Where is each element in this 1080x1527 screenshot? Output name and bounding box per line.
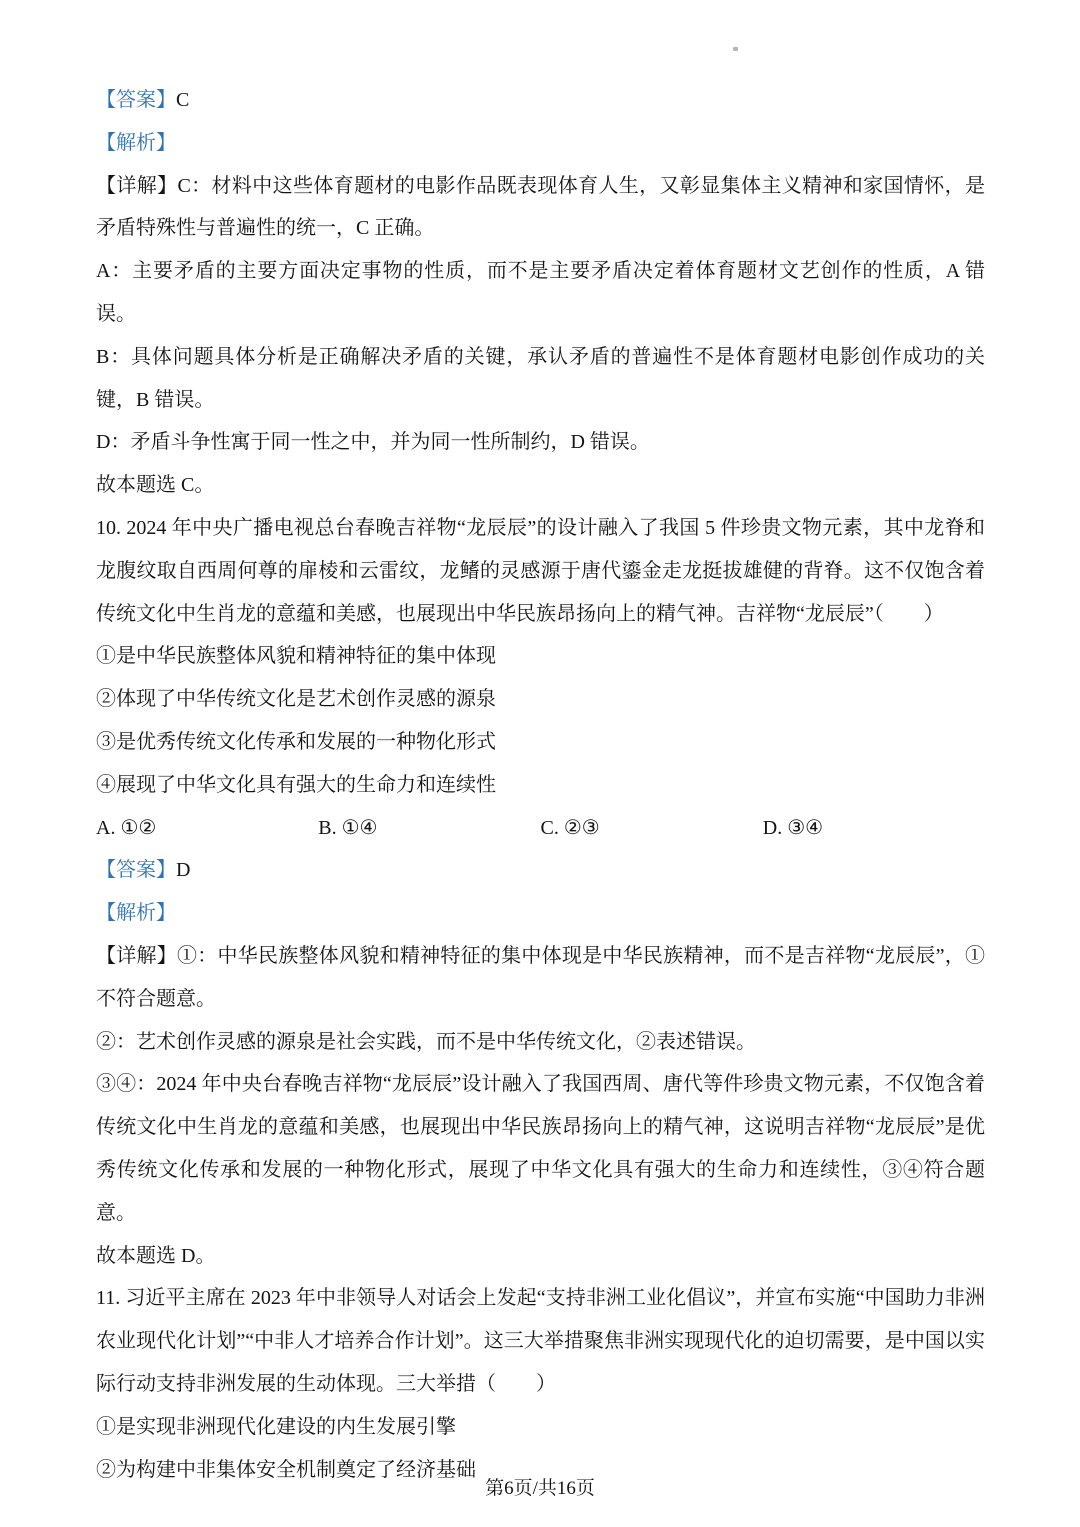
artifact-dot xyxy=(733,47,738,51)
q10-choices-row: A. ①② B. ①④ C. ②③ D. ③④ xyxy=(96,807,985,850)
q10-statement-2: ②体现了中华传统文化是艺术创作灵感的源泉 xyxy=(96,678,985,721)
q9-detail-paragraph: A：主要矛盾的主要方面决定事物的性质，而不是主要矛盾决定着体育题材文艺创作的性质… xyxy=(96,250,985,336)
q9-detail-paragraph: D：矛盾斗争性寓于同一性之中，并为同一性所制约，D 错误。 xyxy=(96,421,985,464)
page-content: 【答案】C 【解析】 【详解】C：材料中这些体育题材的电影作品既表现体育人生，又… xyxy=(96,79,985,1491)
q10-analysis-label: 【解析】 xyxy=(96,902,176,924)
q9-analysis-label: 【解析】 xyxy=(96,132,176,154)
q10-analysis-line: 【解析】 xyxy=(96,892,985,935)
q9-analysis-line: 【解析】 xyxy=(96,122,985,165)
q9-answer-value: C xyxy=(176,89,189,111)
q9-detail-paragraph: B：具体问题具体分析是正确解决矛盾的关键，承认矛盾的普遍性不是体育题材电影创作成… xyxy=(96,336,985,422)
q10-answer-line: 【答案】D xyxy=(96,849,985,892)
q10-statement-4: ④展现了中华文化具有强大的生命力和连续性 xyxy=(96,764,985,807)
q10-answer-value: D xyxy=(176,859,190,881)
q11-stem: 11. 习近平主席在 2023 年中非领导人对话会上发起“支持非洲工业化倡议”，… xyxy=(96,1277,985,1405)
page-footer: 第6页/共16页 xyxy=(0,1468,1080,1511)
q10-detail-paragraph: 【详解】①：中华民族整体风貌和精神特征的集中体现是中华民族精神，而不是吉祥物“龙… xyxy=(96,935,985,1021)
q10-statement-1: ①是中华民族整体风貌和精神特征的集中体现 xyxy=(96,635,985,678)
q10-statement-3: ③是优秀传统文化传承和发展的一种物化形式 xyxy=(96,721,985,764)
q9-detail-paragraph: 【详解】C：材料中这些体育题材的电影作品既表现体育人生，又彰显集体主义精神和家国… xyxy=(96,165,985,251)
q9-answer-line: 【答案】C xyxy=(96,79,985,122)
q10-detail-paragraph: ②：艺术创作灵感的源泉是社会实践，而不是中华传统文化，②表述错误。 xyxy=(96,1021,985,1064)
q10-answer-label: 【答案】 xyxy=(96,859,176,881)
q10-choice-d: D. ③④ xyxy=(763,807,985,850)
q10-choice-c: C. ②③ xyxy=(541,807,763,850)
q10-stem: 10. 2024 年中央广播电视总台春晚吉祥物“龙辰辰”的设计融入了我国 5 件… xyxy=(96,507,985,635)
q9-conclusion: 故本题选 C。 xyxy=(96,464,985,507)
q10-conclusion: 故本题选 D。 xyxy=(96,1235,985,1278)
q10-choice-b: B. ①④ xyxy=(318,807,540,850)
q10-detail-paragraph: ③④：2024 年中央台春晚吉祥物“龙辰辰”设计融入了我国西周、唐代等件珍贵文物… xyxy=(96,1063,985,1234)
q10-choice-a: A. ①② xyxy=(96,807,318,850)
q11-statement-1: ①是实现非洲现代化建设的内生发展引擎 xyxy=(96,1406,985,1449)
q9-answer-label: 【答案】 xyxy=(96,89,176,111)
